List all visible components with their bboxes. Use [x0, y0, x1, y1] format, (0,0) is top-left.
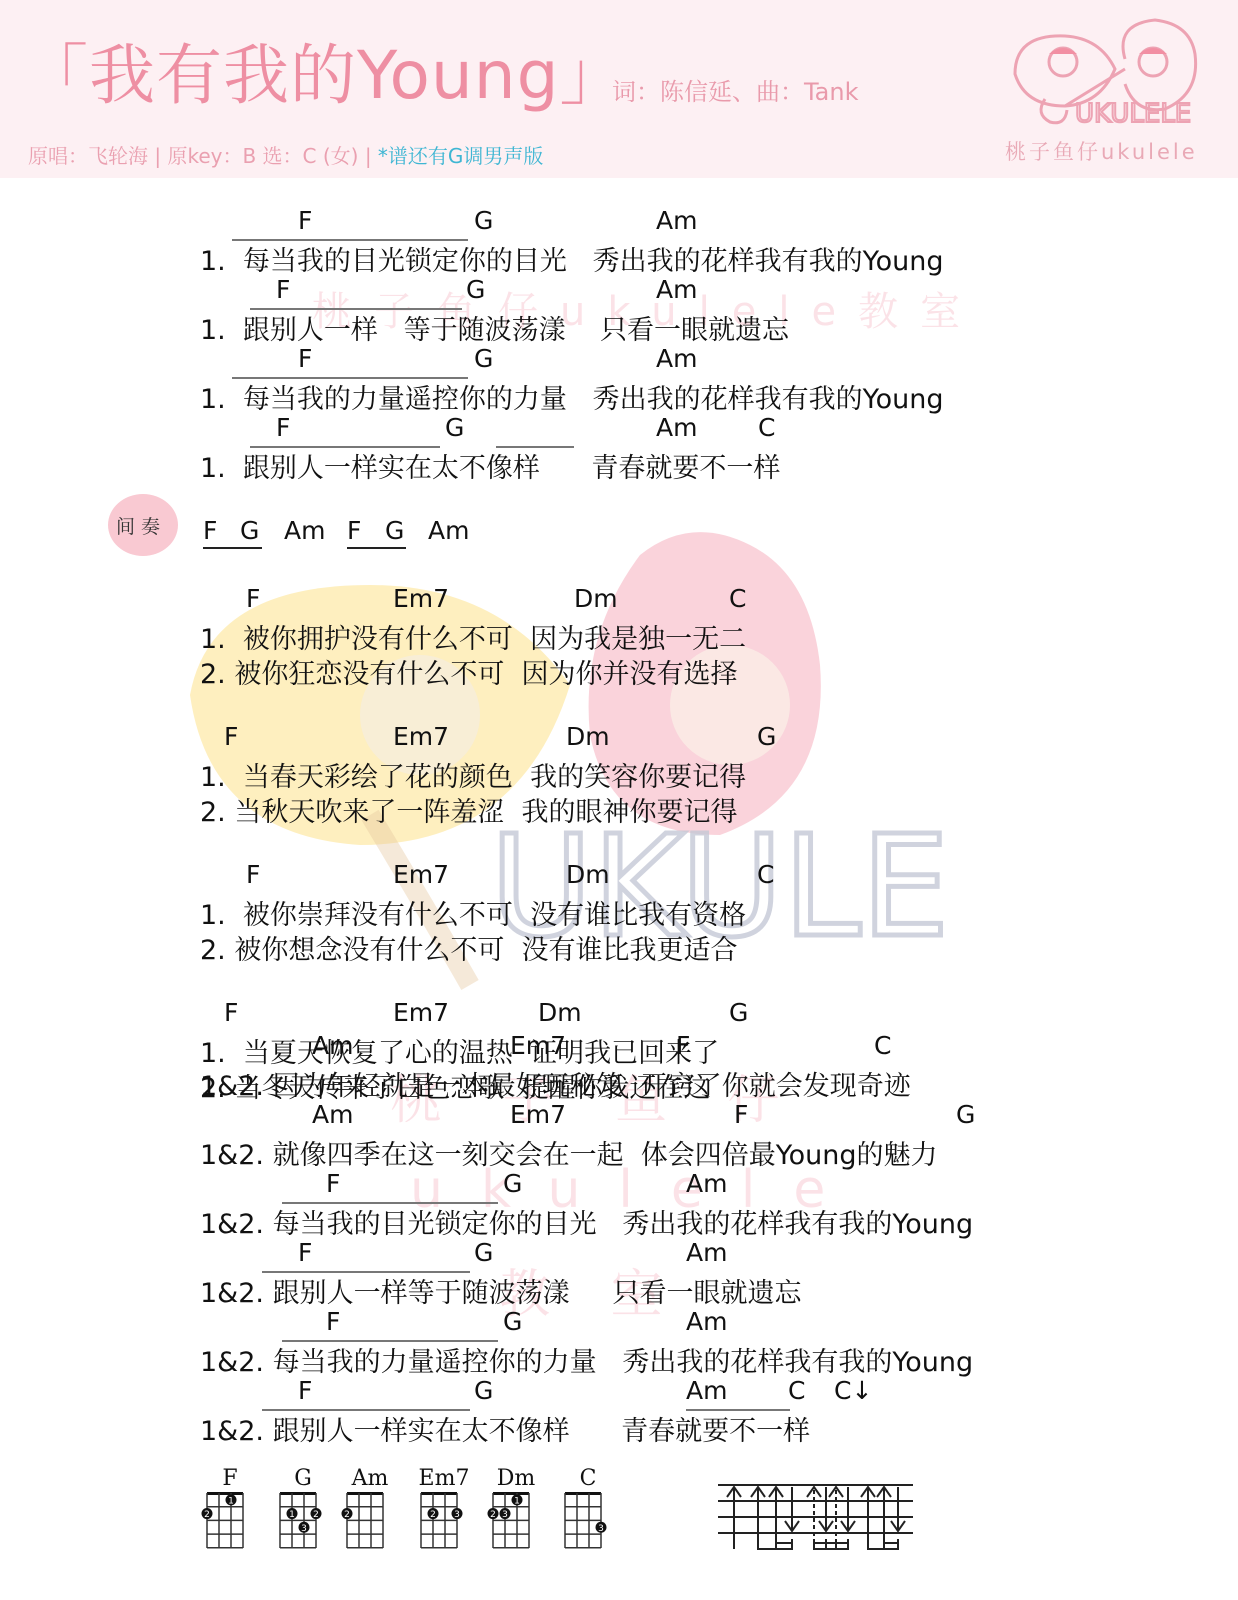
chord-label: C↓	[834, 1376, 872, 1405]
fretboard-icon: 123	[486, 1490, 536, 1552]
chord-label: Dm	[574, 584, 618, 613]
chord-label: Am	[686, 1169, 727, 1198]
lyric-line: 1. 被你崇拜没有什么不可 没有谁比我有资格	[200, 893, 746, 932]
chord-label: F	[326, 1169, 340, 1198]
svg-text:2: 2	[430, 1510, 436, 1520]
fretboard-icon: 12	[200, 1490, 250, 1552]
chord-label: Dm	[538, 998, 582, 1027]
strum-pattern-icon	[718, 1483, 913, 1563]
chord-label: Am	[656, 344, 697, 373]
lyric-line: 1&2. 跟别人一样实在太不像样 青春就要不一样	[200, 1409, 810, 1448]
chord-diagram-name: Am	[340, 1466, 400, 1491]
chord-label: F	[276, 413, 290, 442]
svg-text:2: 2	[490, 1510, 496, 1520]
svg-text:1: 1	[514, 1496, 520, 1506]
svg-text:3: 3	[598, 1524, 604, 1534]
chord-label: Em7	[393, 998, 449, 1027]
lyric-line: 1&2. 每当我的目光锁定你的目光 秀出我的花样我有我的Young	[200, 1202, 973, 1241]
chord-label: G	[503, 1169, 522, 1198]
chord-label: G	[466, 275, 485, 304]
interlude-chord: F	[347, 516, 361, 545]
lyric-line: 1&2. 跟别人一样等于随波荡漾 只看一眼就遗忘	[200, 1271, 802, 1310]
meta-main: 原唱：飞轮海 | 原key：B 选：C (女) |	[28, 144, 378, 168]
chord-label: Em7	[510, 1031, 566, 1060]
interlude-label: 间奏	[116, 512, 166, 539]
fretboard-icon: 2	[340, 1490, 390, 1552]
chord-label: Am	[686, 1307, 727, 1336]
chord-underline	[203, 547, 262, 549]
chord-label: C	[788, 1376, 805, 1405]
lyric-line: 2. 当秋天吹来了一阵羞涩 我的眼神你要记得	[200, 790, 738, 829]
chord-label: G	[474, 344, 493, 373]
chord-label: Am	[656, 206, 697, 235]
chord-label: G	[503, 1307, 522, 1336]
peach-fish-logo-icon: UKULELE	[1005, 14, 1205, 134]
interlude-chord: G	[385, 516, 404, 545]
song-meta: 原唱：飞轮海 | 原key：B 选：C (女) | *谱还有G调男声版	[28, 140, 543, 169]
chord-label: Am	[312, 1100, 353, 1129]
chord-label: F	[298, 1376, 312, 1405]
interlude-chord: Am	[284, 516, 325, 545]
chord-label: C	[729, 584, 746, 613]
header-banner: 「我有我的Young」 词：陈信延、曲：Tank 原唱：飞轮海 | 原key：B…	[0, 0, 1238, 178]
svg-text:2: 2	[344, 1510, 350, 1520]
chord-label: Dm	[566, 722, 610, 751]
fretboard-icon: 123	[273, 1490, 323, 1552]
fretboard-icon: 23	[414, 1490, 464, 1552]
chord-label: F	[298, 344, 312, 373]
chord-label: G	[729, 998, 748, 1027]
lyric-line: 2. 被你狂恋没有什么不可 因为你并没有选择	[200, 652, 738, 691]
chord-diagram-name: C	[558, 1466, 618, 1491]
fretboard-icon: 3	[558, 1490, 608, 1552]
chord-label: Em7	[393, 860, 449, 889]
lyric-line: 1. 每当我的力量遥控你的力量 秀出我的花样我有我的Young	[200, 377, 943, 416]
chord-label: G	[956, 1100, 975, 1129]
chord-diagram-name: G	[273, 1466, 333, 1491]
lyric-line: 1. 跟别人一样 等于随波荡漾 只看一眼就遗忘	[200, 308, 789, 347]
chord-label: Em7	[393, 584, 449, 613]
chord-label: F	[276, 275, 290, 304]
lyric-line: 2. 被你想念没有什么不可 没有谁比我更适合	[200, 928, 738, 967]
chord-label: F	[734, 1100, 748, 1129]
interlude-chord: G	[240, 516, 259, 545]
svg-text:3: 3	[301, 1524, 307, 1534]
chord-label: F	[298, 1238, 312, 1267]
chord-label: Em7	[393, 722, 449, 751]
chord-label: C	[874, 1031, 891, 1060]
chord-label: Am	[656, 275, 697, 304]
chord-label: G	[757, 722, 776, 751]
chord-label: Am	[312, 1031, 353, 1060]
chord-label: F	[224, 722, 238, 751]
svg-text:1: 1	[289, 1510, 295, 1520]
song-title: 「我有我的Young」	[22, 22, 626, 117]
chord-label: F	[246, 584, 260, 613]
chord-label: F	[298, 206, 312, 235]
meta-accent-note: *谱还有G调男声版	[378, 144, 544, 168]
chord-label: F	[246, 860, 260, 889]
chord-label: G	[474, 1238, 493, 1267]
logo-caption: 桃子鱼仔ukulele	[1005, 136, 1198, 166]
lyric-line: 1. 每当我的目光锁定你的目光 秀出我的花样我有我的Young	[200, 239, 943, 278]
svg-text:2: 2	[204, 1510, 210, 1520]
interlude-chord: F	[203, 516, 217, 545]
svg-text:2: 2	[313, 1510, 319, 1520]
chord-label: Em7	[510, 1100, 566, 1129]
lyric-line: 1. 跟别人一样实在太不像样 青春就要不一样	[200, 446, 780, 485]
lyric-line: 1&2. 就像四季在这一刻交会在一起 体会四倍最Young的魅力	[200, 1133, 938, 1172]
chord-diagram-name: Dm	[486, 1466, 546, 1491]
chord-label: F	[224, 998, 238, 1027]
chord-label: G	[474, 206, 493, 235]
lyric-line: 1. 当春天彩绘了花的颜色 我的笑容你要记得	[200, 755, 746, 794]
svg-text:3: 3	[454, 1510, 460, 1520]
lyric-line: 1&2. 每当我的力量遥控你的力量 秀出我的花样我有我的Young	[200, 1340, 973, 1379]
chord-label: Dm	[566, 860, 610, 889]
chord-underline	[347, 547, 406, 549]
chord-label: Am	[656, 413, 697, 442]
lyric-line: 1. 被你拥护没有什么不可 因为我是独一无二	[200, 617, 746, 656]
chord-label: F	[676, 1031, 690, 1060]
svg-text:1: 1	[228, 1496, 234, 1506]
chord-label: F	[326, 1307, 340, 1336]
svg-text:UKULELE: UKULELE	[1075, 99, 1191, 129]
svg-text:3: 3	[502, 1510, 508, 1520]
song-credits: 词：陈信延、曲：Tank	[612, 72, 859, 107]
chord-label: Am	[686, 1238, 727, 1267]
chord-diagram-name: Em7	[414, 1466, 474, 1491]
chord-label: G	[445, 413, 464, 442]
chord-label: G	[474, 1376, 493, 1405]
chord-label: Am	[686, 1376, 727, 1405]
chord-diagram-name: F	[200, 1466, 260, 1491]
chord-label: C	[757, 860, 774, 889]
chord-label: C	[758, 413, 775, 442]
interlude-chord: Am	[428, 516, 469, 545]
lyric-line: 1&2. 因为年轻就是一本最好玩秘笈 开窍了你就会发现奇迹	[200, 1064, 911, 1103]
